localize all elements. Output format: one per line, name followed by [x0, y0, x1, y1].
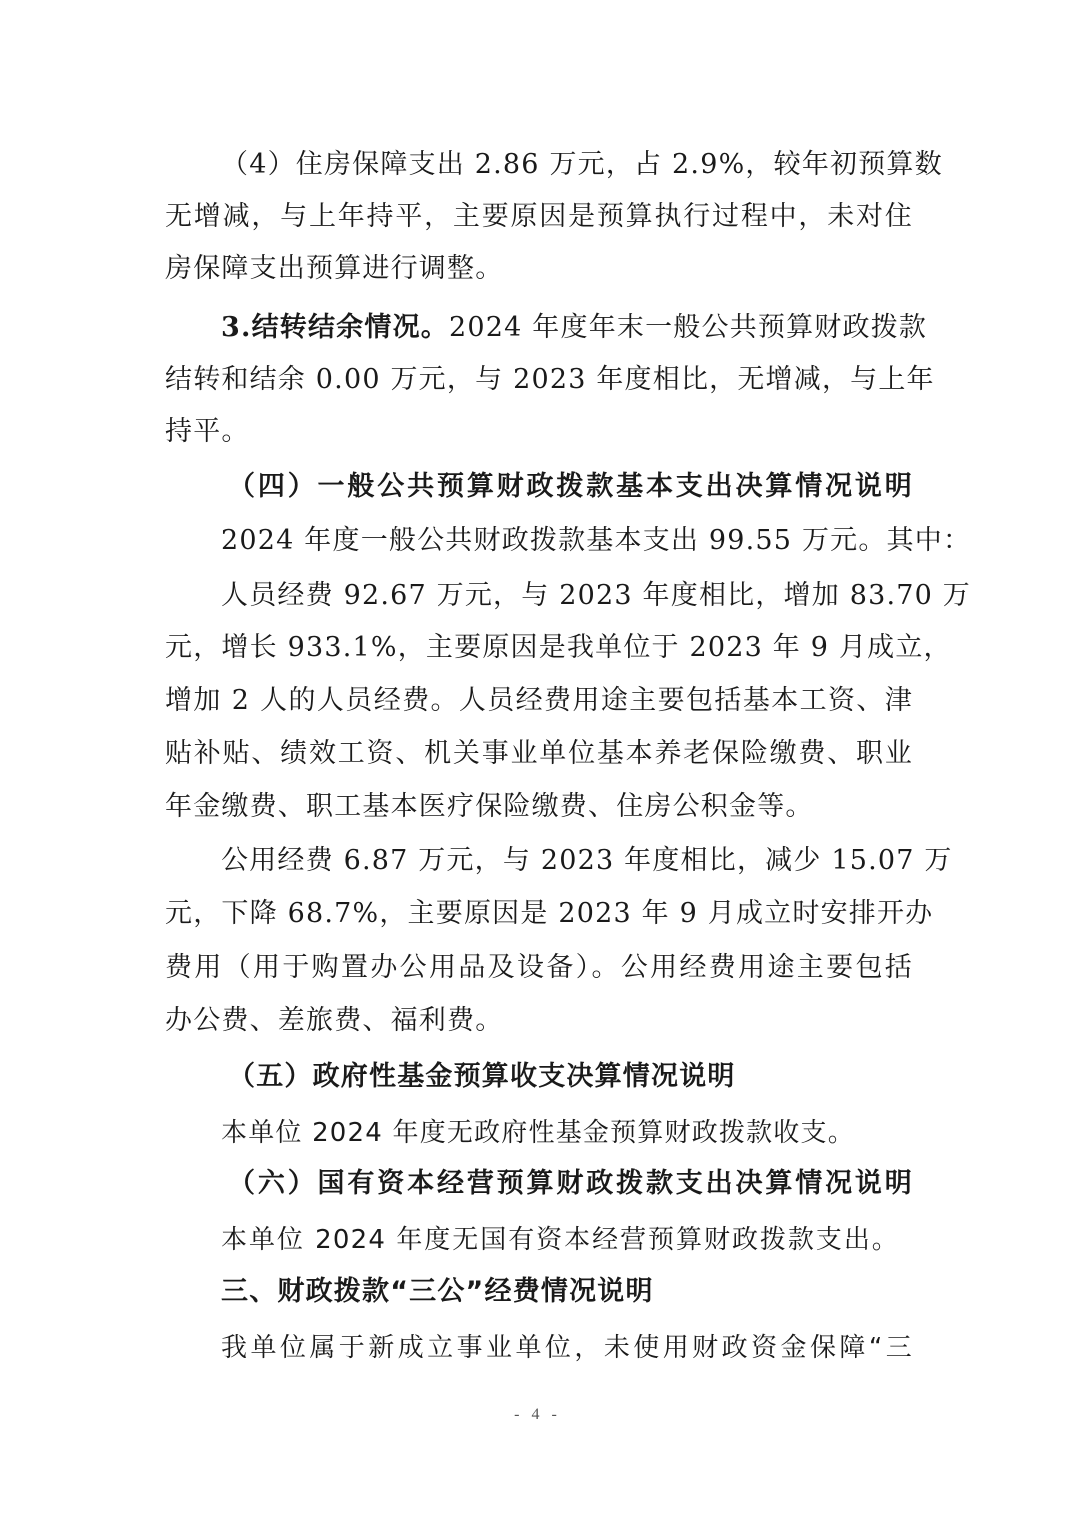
carryover-label: 3.结转结余情况。	[221, 312, 449, 343]
part-three-heading: 三、财政拨款“三公”经费情况说明	[221, 1274, 913, 1310]
paragraph-housing-line-3: 房保障支出预算进行调整。	[165, 251, 913, 287]
section-four-intro: 2024 年度一般公共财政拨款基本支出 99.55 万元。其中：	[221, 523, 913, 559]
paragraph-carryover-line-3: 持平。	[165, 414, 913, 450]
section-five-body: 本单位 2024 年度无政府性基金预算财政拨款收支。	[221, 1115, 913, 1151]
paragraph-personnel-line-4: 贴补贴、绩效工资、机关事业单位基本养老保险缴费、职业	[165, 736, 913, 772]
section-five-heading: （五）政府性基金预算收支决算情况说明	[228, 1059, 913, 1095]
paragraph-personnel-line-5: 年金缴费、职工基本医疗保险缴费、住房公积金等。	[165, 789, 913, 825]
paragraph-public-line-3: 费用（用于购置办公用品及设备）。公用经费用途主要包括	[165, 950, 913, 986]
paragraph-personnel-line-1: 人员经费 92.67 万元，与 2023 年度相比，增加 83.70 万	[221, 578, 913, 614]
paragraph-personnel-line-3: 增加 2 人的人员经费。人员经费用途主要包括基本工资、津	[165, 683, 913, 719]
paragraph-public-line-1: 公用经费 6.87 万元，与 2023 年度相比，减少 15.07 万	[221, 843, 913, 879]
paragraph-carryover-line-2: 结转和结余 0.00 万元，与 2023 年度相比，无增减，与上年	[165, 362, 913, 398]
paragraph-personnel-line-2: 元，增长 933.1%，主要原因是我单位于 2023 年 9 月成立，	[165, 630, 913, 666]
paragraph-housing-line-2: 无增减，与上年持平，主要原因是预算执行过程中，未对住	[165, 199, 913, 235]
paragraph-housing-line-1: （4）住房保障支出 2.86 万元，占 2.9%，较年初预算数	[221, 147, 913, 183]
part-three-body-line-1: 我单位属于新成立事业单位，未使用财政资金保障“三	[221, 1330, 913, 1366]
section-six-heading: （六）国有资本经营预算财政拨款支出决算情况说明	[228, 1166, 913, 1202]
paragraph-carryover-line-1: 3.结转结余情况。2024 年度年末一般公共预算财政拨款	[221, 310, 913, 346]
page-number: - 4 -	[0, 1406, 1075, 1424]
paragraph-public-line-4: 办公费、差旅费、福利费。	[165, 1003, 913, 1039]
paragraph-public-line-2: 元，下降 68.7%，主要原因是 2023 年 9 月成立时安排开办	[165, 896, 913, 932]
carryover-line-1-text: 2024 年度年末一般公共预算财政拨款	[449, 312, 927, 343]
section-four-heading: （四）一般公共预算财政拨款基本支出决算情况说明	[228, 469, 913, 505]
document-page: （4）住房保障支出 2.86 万元，占 2.9%，较年初预算数 无增减，与上年持…	[0, 0, 1075, 1520]
section-six-body: 本单位 2024 年度无国有资本经营预算财政拨款支出。	[221, 1222, 899, 1258]
